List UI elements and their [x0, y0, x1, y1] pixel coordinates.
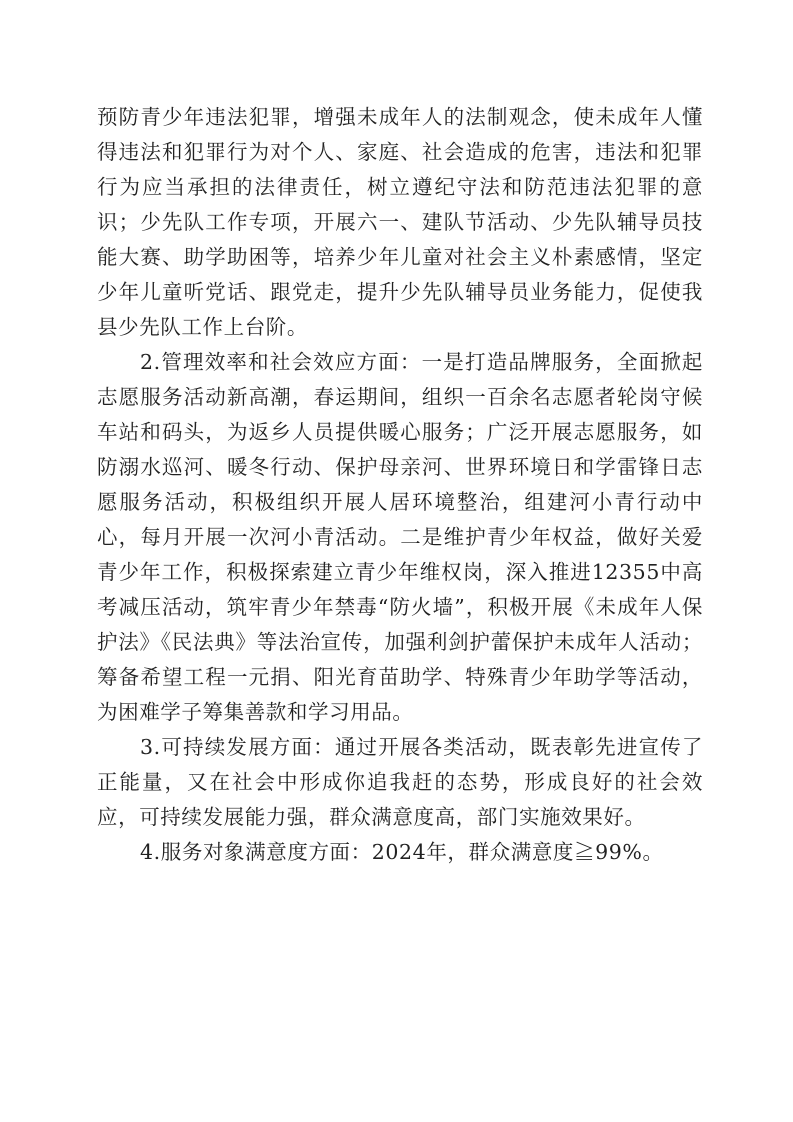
paragraph-sustainable-development: 3.可持续发展方面：通过开展各类活动，既表彰先进宣传了正能量，又在社会中形成你追… — [97, 730, 703, 835]
paragraph-management-efficiency: 2.管理效率和社会效应方面：一是打造品牌服务，全面掀起志愿服务活动新高潮，春运期… — [97, 345, 703, 730]
paragraph-prevention: 预防青少年违法犯罪，增强未成年人的法制观念，使未成年人懂得违法和犯罪行为对个人、… — [97, 100, 703, 345]
paragraph-satisfaction: 4.服务对象满意度方面：2024年，群众满意度≧99%。 — [97, 835, 703, 870]
document-page: 预防青少年违法犯罪，增强未成年人的法制观念，使未成年人懂得违法和犯罪行为对个人、… — [97, 100, 703, 870]
